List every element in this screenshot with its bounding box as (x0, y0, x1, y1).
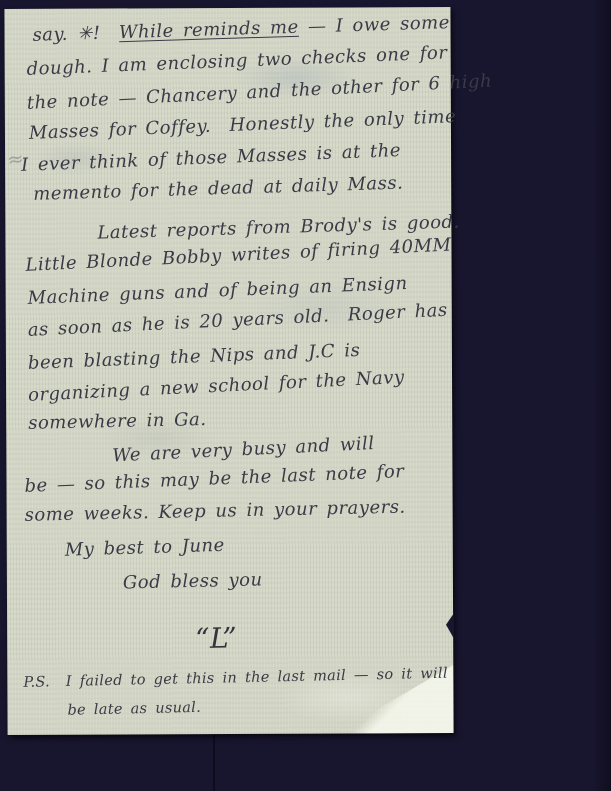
letter-line: organizing a new school for the Navy (28, 367, 405, 406)
postscript-line: P.S. I failed to get this in the last ma… (23, 666, 448, 691)
letter-line: memento for the dead at daily Mass. (33, 173, 404, 205)
background-seam (213, 732, 215, 791)
torn-notch (445, 613, 454, 639)
postscript-line: be late as usual. (67, 700, 201, 719)
letter-line: be — so this may be the last note for (24, 461, 405, 497)
letter-line: somewhere in Ga. (28, 409, 207, 434)
signature: “L” (195, 621, 238, 655)
letter-line: We are very busy and will (112, 433, 375, 467)
line-text-post: — I owe some (298, 12, 450, 38)
letter-line: I ever think of those Masses is at the (21, 140, 402, 176)
letter-line: some weeks. Keep us in your prayers. (24, 497, 405, 526)
scanned-letter-photo: ≈ say. ✳! While reminds me — I owe some … (0, 0, 611, 791)
closing-line: My best to June (64, 535, 225, 561)
letter-line: say. ✳! While reminds me — I owe some (32, 12, 450, 46)
underlined-phrase: While reminds me (119, 17, 299, 43)
letter-line: Little Blonde Bobby writes of firing 40M… (25, 234, 452, 275)
letter-line: been blasting the Nips and J.C is (28, 340, 361, 374)
letter-line: Masses for Coffey. Honestly the only tim… (29, 106, 457, 144)
letter-page: ≈ say. ✳! While reminds me — I owe some … (4, 7, 453, 735)
background-shadow (593, 0, 611, 791)
closing-line: God bless you (123, 569, 263, 593)
letter-line: dough. I am enclosing two checks one for (26, 42, 447, 80)
line-text-pre: say. ✳! (32, 22, 119, 46)
